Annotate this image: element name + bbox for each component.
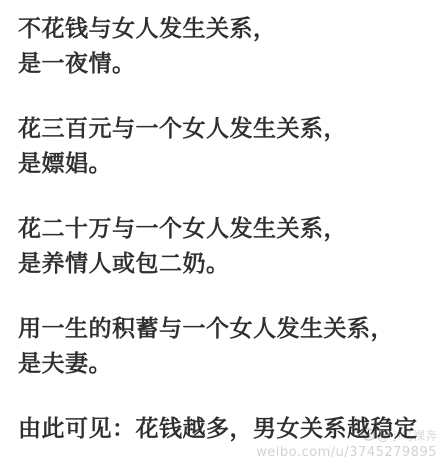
text-line: 花二十万与一个女人发生关系，	[18, 212, 440, 247]
paragraph-2: 花三百元与一个女人发生关系， 是嫖娼。	[18, 112, 440, 182]
text-line: 是一夜情。	[18, 47, 440, 82]
paragraph-4: 用一生的积蓄与一个女人发生关系， 是夫妻。	[18, 312, 440, 382]
text-body: 不花钱与女人发生关系， 是一夜情。 花三百元与一个女人发生关系， 是嫖娼。 花二…	[0, 0, 440, 447]
text-line: 是嫖娼。	[18, 147, 440, 182]
text-line: 是夫妻。	[18, 347, 440, 382]
text-line: 是养情人或包二奶。	[18, 247, 440, 282]
text-line: 用一生的积蓄与一个女人发生关系，	[18, 312, 440, 347]
watermark-url: weibo.com/u/3745279895	[256, 445, 437, 461]
paragraph-3: 花二十万与一个女人发生关系， 是养情人或包二奶。	[18, 212, 440, 282]
text-line: 不花钱与女人发生关系，	[18, 12, 440, 47]
paragraph-1: 不花钱与女人发生关系， 是一夜情。	[18, 12, 440, 82]
paragraph-conclusion: 由此可见：花钱越多，男女关系越稳定	[18, 412, 440, 447]
text-line: 花三百元与一个女人发生关系，	[18, 112, 440, 147]
text-line: 由此可见：花钱越多，男女关系越稳定	[18, 412, 440, 447]
